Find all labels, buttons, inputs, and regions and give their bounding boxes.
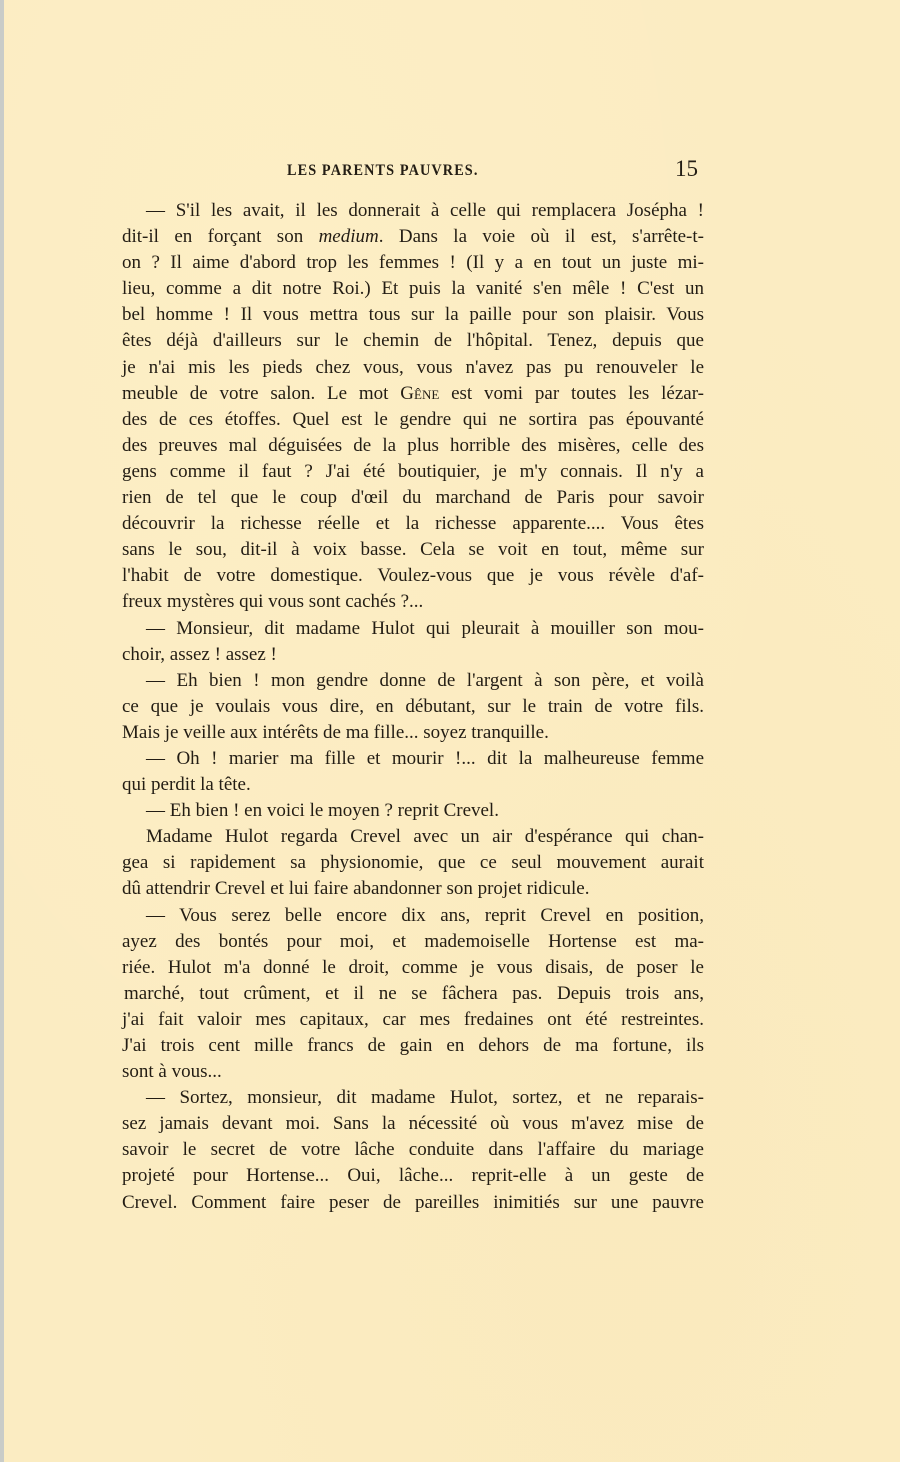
smallcaps-word: Gêne bbox=[400, 383, 439, 404]
running-title: LES PARENTS PAUVRES. bbox=[287, 162, 479, 180]
text-line: découvrir la richesse réelle et la riche… bbox=[122, 511, 704, 537]
text-line: savoir le secret de votre lâche conduite… bbox=[122, 1137, 704, 1163]
running-head: LES PARENTS PAUVRES. 15 bbox=[122, 158, 704, 186]
italic-word: medium bbox=[319, 226, 379, 247]
text-line: sez jamais devant moi. Sans la nécessité… bbox=[122, 1111, 704, 1137]
text-line: qui perdit la tête. bbox=[122, 772, 704, 798]
text-line: je n'ai mis les pieds chez vous, vous n'… bbox=[122, 355, 704, 381]
body-text: — S'il les avait, il les donnerait à cel… bbox=[122, 198, 704, 1216]
text-line: dû attendrir Crevel et lui faire abandon… bbox=[122, 876, 704, 902]
text-line: gea si rapidement sa physionomie, que ce… bbox=[122, 850, 704, 876]
text-line: Crevel. Comment faire peser de pareilles… bbox=[122, 1190, 704, 1216]
text-line: J'ai trois cent mille francs de gain en … bbox=[122, 1033, 704, 1059]
text-line: êtes déjà d'ailleurs sur le chemin de l'… bbox=[122, 328, 704, 354]
text-line: — Oh ! marier ma fille et mourir !... di… bbox=[122, 746, 704, 772]
text-line: des de ces étoffes. Quel est le gendre q… bbox=[122, 407, 704, 433]
text-line: — S'il les avait, il les donnerait à cel… bbox=[122, 198, 704, 224]
text-line: — Vous serez belle encore dix ans, repri… bbox=[122, 903, 704, 929]
text-line: — Sortez, monsieur, dit madame Hulot, so… bbox=[122, 1085, 704, 1111]
text-line: bel homme ! Il vous mettra tous sur la p… bbox=[122, 302, 704, 328]
text-line: dit-il en forçant son medium. Dans la vo… bbox=[122, 224, 704, 250]
text-line: Madame Hulot regarda Crevel avec un air … bbox=[122, 824, 704, 850]
text-line: rien de tel que le coup d'œil du marchan… bbox=[122, 485, 704, 511]
text-line: freux mystères qui vous sont cachés ?... bbox=[122, 589, 704, 615]
text-line: meuble de votre salon. Le mot Gêne est v… bbox=[122, 381, 704, 407]
text-line: sont à vous... bbox=[122, 1059, 704, 1085]
text-line: choir, assez ! assez ! bbox=[122, 642, 704, 668]
text-line: marché, tout crûment, et il ne se fâcher… bbox=[122, 981, 704, 1007]
text-line: des preuves mal déguisées de la plus hor… bbox=[122, 433, 704, 459]
text-line: l'habit de votre domestique. Voulez-vous… bbox=[122, 563, 704, 589]
text-line: on ? Il aime d'abord trop les femmes ! (… bbox=[122, 250, 704, 276]
text-line: projeté pour Hortense... Oui, lâche... r… bbox=[122, 1163, 704, 1189]
text-line: Mais je veille aux intérêts de ma fille.… bbox=[122, 720, 704, 746]
text-line: — Monsieur, dit madame Hulot qui pleurai… bbox=[122, 616, 704, 642]
page-number: 15 bbox=[675, 156, 698, 182]
text-line: ce que je voulais vous dire, en débutant… bbox=[122, 694, 704, 720]
text-line: j'ai fait valoir mes capitaux, car mes f… bbox=[122, 1007, 704, 1033]
text-line: lieu, comme a dit notre Roi.) Et puis la… bbox=[122, 276, 704, 302]
text-line: ayez des bontés pour moi, et mademoisell… bbox=[122, 929, 704, 955]
text-line: sans le sou, dit-il à voix basse. Cela s… bbox=[122, 537, 704, 563]
text-line: riée. Hulot m'a donné le droit, comme je… bbox=[122, 955, 704, 981]
text-line: — Eh bien ! en voici le moyen ? reprit C… bbox=[122, 798, 704, 824]
text-line: — Eh bien ! mon gendre donne de l'argent… bbox=[122, 668, 704, 694]
text-line: gens comme il faut ? J'ai été boutiquier… bbox=[122, 459, 704, 485]
